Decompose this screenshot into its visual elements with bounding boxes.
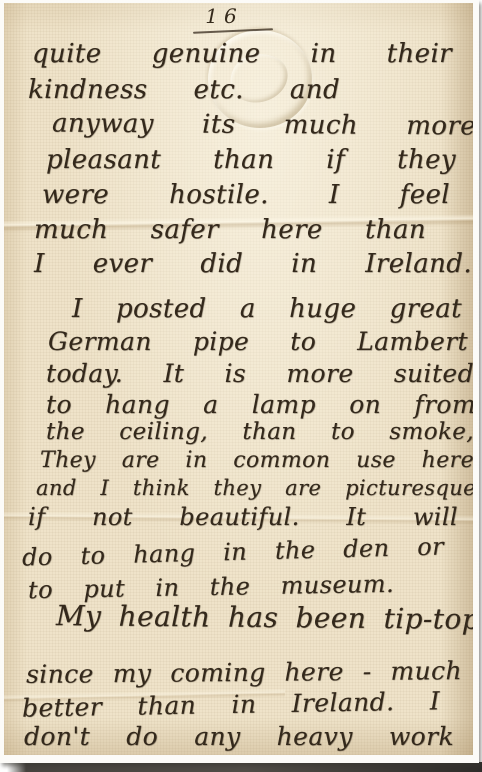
handwriting-line: better than in Ireland. I (22, 687, 440, 722)
handwriting-line: anyway its much more (52, 110, 473, 142)
handwriting-line: They are in common use here (40, 449, 473, 473)
handwriting-line: to hang a lamp on from (46, 391, 473, 419)
handwriting-line: do to hang in the den or (22, 533, 445, 570)
letter-paper: 16 quite genuine in their kindness etc. … (4, 3, 473, 755)
handwriting-line: much safer here than (34, 216, 426, 245)
handwriting-line: don't do any heavy work (24, 723, 454, 751)
handwriting-line: German pipe to Lambert (48, 328, 468, 356)
handwriting-line: since my coming here - much (26, 657, 462, 688)
handwriting-line: the ceiling, than to smoke, (46, 420, 473, 445)
handwriting-line: quite genuine in their (32, 40, 452, 69)
handwriting-line: I posted a huge great (72, 295, 462, 324)
handwriting-line: pleasant than if they (46, 146, 456, 175)
handwriting-line: today. It is more suited (46, 360, 473, 388)
page-number: 16 (192, 4, 256, 28)
handwriting-line: My health has been tip-top (56, 601, 473, 635)
handwriting-line: and I think they are picturesque (36, 477, 473, 500)
handwriting-line: I ever did in Ireland. (34, 250, 472, 279)
photo-frame: 16 quite genuine in their kindness etc. … (0, 0, 479, 763)
handwriting-line: kindness etc. and (28, 76, 340, 105)
letter-scan-screenshot: 16 quite genuine in their kindness etc. … (0, 0, 482, 772)
handwriting-line: were hostile. I feel (42, 181, 450, 210)
handwriting-line: if not beautiful. It will (28, 504, 458, 530)
photo-drop-shadow (7, 762, 482, 772)
